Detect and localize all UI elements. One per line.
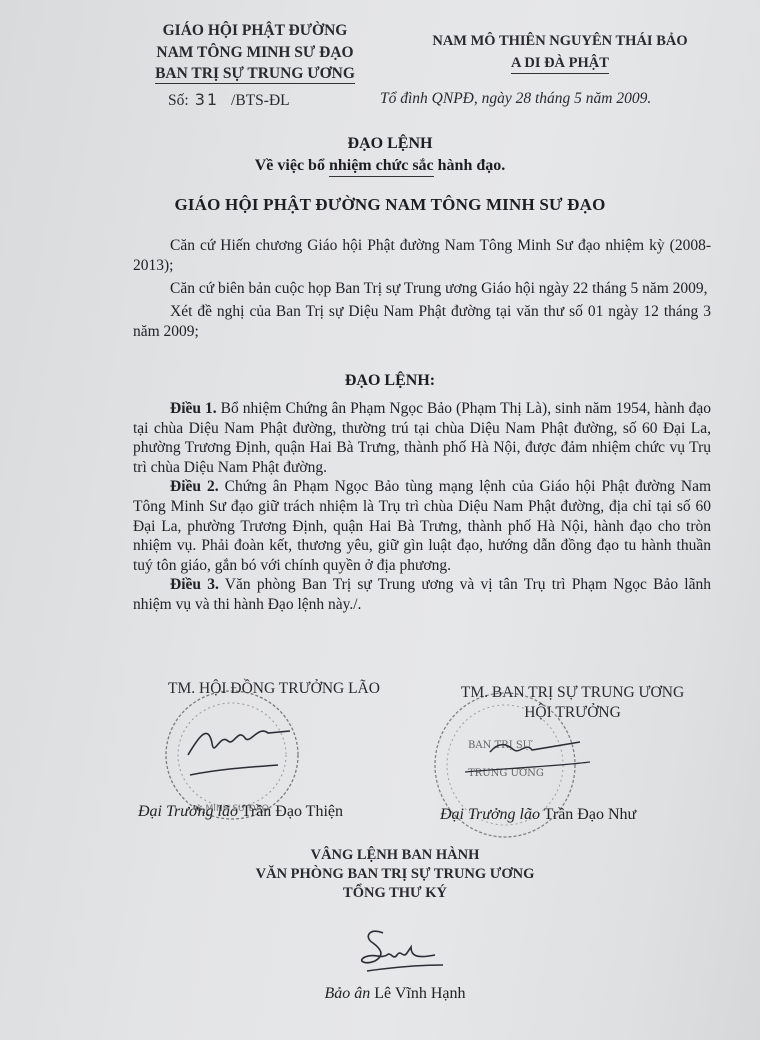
- article-label: Điều 3.: [170, 576, 219, 593]
- right-signatory-rank: Đại Trưởng lão: [440, 806, 540, 823]
- right-signatory-fullname: Trần Đạo Như: [540, 806, 636, 823]
- secretary-rank: Bảo ân: [324, 985, 370, 1002]
- promulgation-line-2: VĂN PHÒNG BAN TRỊ SỰ TRUNG ƯƠNG: [0, 865, 760, 884]
- article-text: Văn phòng Ban Trị sự Trung ương và vị tâ…: [133, 576, 711, 613]
- secretary-fullname: Lê Vĩnh Hạnh: [370, 985, 465, 1002]
- basis-paragraph: Căn cứ biên bản cuộc họp Ban Trị sự Trun…: [133, 279, 711, 299]
- motto-line-2-text: A DI ĐÀ PHẬT: [511, 55, 609, 74]
- left-signatory-rank: Đại Trưởng lão: [138, 803, 238, 820]
- signature-secretary-icon: [345, 925, 455, 980]
- article-label: Điều 1.: [170, 400, 217, 417]
- left-signatory-name: Đại Trưởng lão Trần Đạo Thiện: [138, 803, 343, 821]
- document-subject: Về việc bổ nhiệm chức sắc hành đạo.: [0, 157, 760, 175]
- promulgation-line-1: VÂNG LỆNH BAN HÀNH: [0, 846, 760, 865]
- right-signatory-name: Đại Trưởng lão Trần Đạo Như: [440, 806, 636, 824]
- left-signatory-title: TM. HỘI ĐỒNG TRƯỞNG LÃO: [168, 680, 380, 698]
- org-line-3-text: BAN TRỊ SỰ TRUNG ƯƠNG: [155, 65, 355, 84]
- document-page: GIÁO HỘI PHẬT ĐƯỜNG NAM TÔNG MINH SƯ ĐẠO…: [0, 0, 760, 1040]
- basis-section: Căn cứ Hiến chương Giáo hội Phật đường N…: [133, 236, 711, 345]
- basis-paragraph: Căn cứ Hiến chương Giáo hội Phật đường N…: [133, 236, 711, 276]
- right-title-line-2: HỘI TRƯỞNG: [435, 703, 710, 723]
- org-line-1: GIÁO HỘI PHẬT ĐƯỜNG: [130, 20, 380, 42]
- article-2: Điều 2. Chứng ân Phạm Ngọc Bảo tùng mạng…: [133, 477, 711, 575]
- right-title-line-1: TM. BAN TRỊ SỰ TRUNG ƯƠNG: [435, 683, 710, 703]
- left-signatory-fullname: Trần Đạo Thiện: [238, 803, 343, 820]
- basis-paragraph: Xét đề nghị của Ban Trị sự Diệu Nam Phật…: [133, 302, 711, 342]
- document-type-title: ĐẠO LỆNH: [0, 135, 760, 153]
- article-1: Điều 1. Bổ nhiệm Chứng ân Phạm Ngọc Bảo …: [133, 399, 711, 477]
- subject-prefix: Về việc bổ: [255, 157, 329, 174]
- order-heading: ĐẠO LỆNH:: [0, 372, 760, 390]
- secretary-name: Bảo ân Lê Vĩnh Hạnh: [0, 985, 760, 1003]
- seal-stamp-left-icon: ✻ MINH SƯ ĐẠO: [150, 683, 320, 823]
- right-signatory-title: TM. BAN TRỊ SỰ TRUNG ƯƠNG HỘI TRƯỞNG: [435, 683, 710, 723]
- header-organization: GIÁO HỘI PHẬT ĐƯỜNG NAM TÔNG MINH SƯ ĐẠO…: [130, 20, 380, 85]
- article-text: Chứng ân Phạm Ngọc Bảo tùng mạng lệnh củ…: [133, 478, 711, 573]
- promulgation-line-3: TỔNG THƯ KÝ: [0, 884, 760, 903]
- article-3: Điều 3. Văn phòng Ban Trị sự Trung ương …: [133, 575, 711, 614]
- number-value: 31: [195, 90, 219, 109]
- number-suffix: /BTS-ĐL: [231, 92, 290, 109]
- stamp-text-2: TRUNG ƯƠNG: [468, 768, 544, 779]
- org-line-3: BAN TRỊ SỰ TRUNG ƯƠNG: [130, 63, 380, 85]
- issuer-title: GIÁO HỘI PHẬT ĐƯỜNG NAM TÔNG MINH SƯ ĐẠO: [0, 195, 760, 215]
- number-label: Số:: [168, 92, 189, 109]
- org-line-2: NAM TÔNG MINH SƯ ĐẠO: [130, 42, 380, 64]
- article-text: Bổ nhiệm Chứng ân Phạm Ngọc Bảo (Phạm Th…: [133, 400, 711, 476]
- promulgation-block: VÂNG LỆNH BAN HÀNH VĂN PHÒNG BAN TRỊ SỰ …: [0, 846, 760, 903]
- subject-suffix: hành đạo.: [434, 157, 506, 174]
- subject-underlined: nhiệm chức sắc: [329, 157, 434, 177]
- date-line: Tổ đình QNPĐ, ngày 28 tháng 5 năm 2009.: [380, 90, 651, 108]
- articles-section: Điều 1. Bổ nhiệm Chứng ân Phạm Ngọc Bảo …: [133, 399, 711, 615]
- header-motto: NAM MÔ THIÊN NGUYÊN THÁI BẢO A DI ĐÀ PHẬ…: [395, 30, 725, 74]
- document-number: Số:31/BTS-ĐL: [168, 90, 290, 110]
- motto-line-2: A DI ĐÀ PHẬT: [395, 52, 725, 74]
- article-label: Điều 2.: [170, 478, 219, 495]
- motto-line-1: NAM MÔ THIÊN NGUYÊN THÁI BẢO: [395, 30, 725, 52]
